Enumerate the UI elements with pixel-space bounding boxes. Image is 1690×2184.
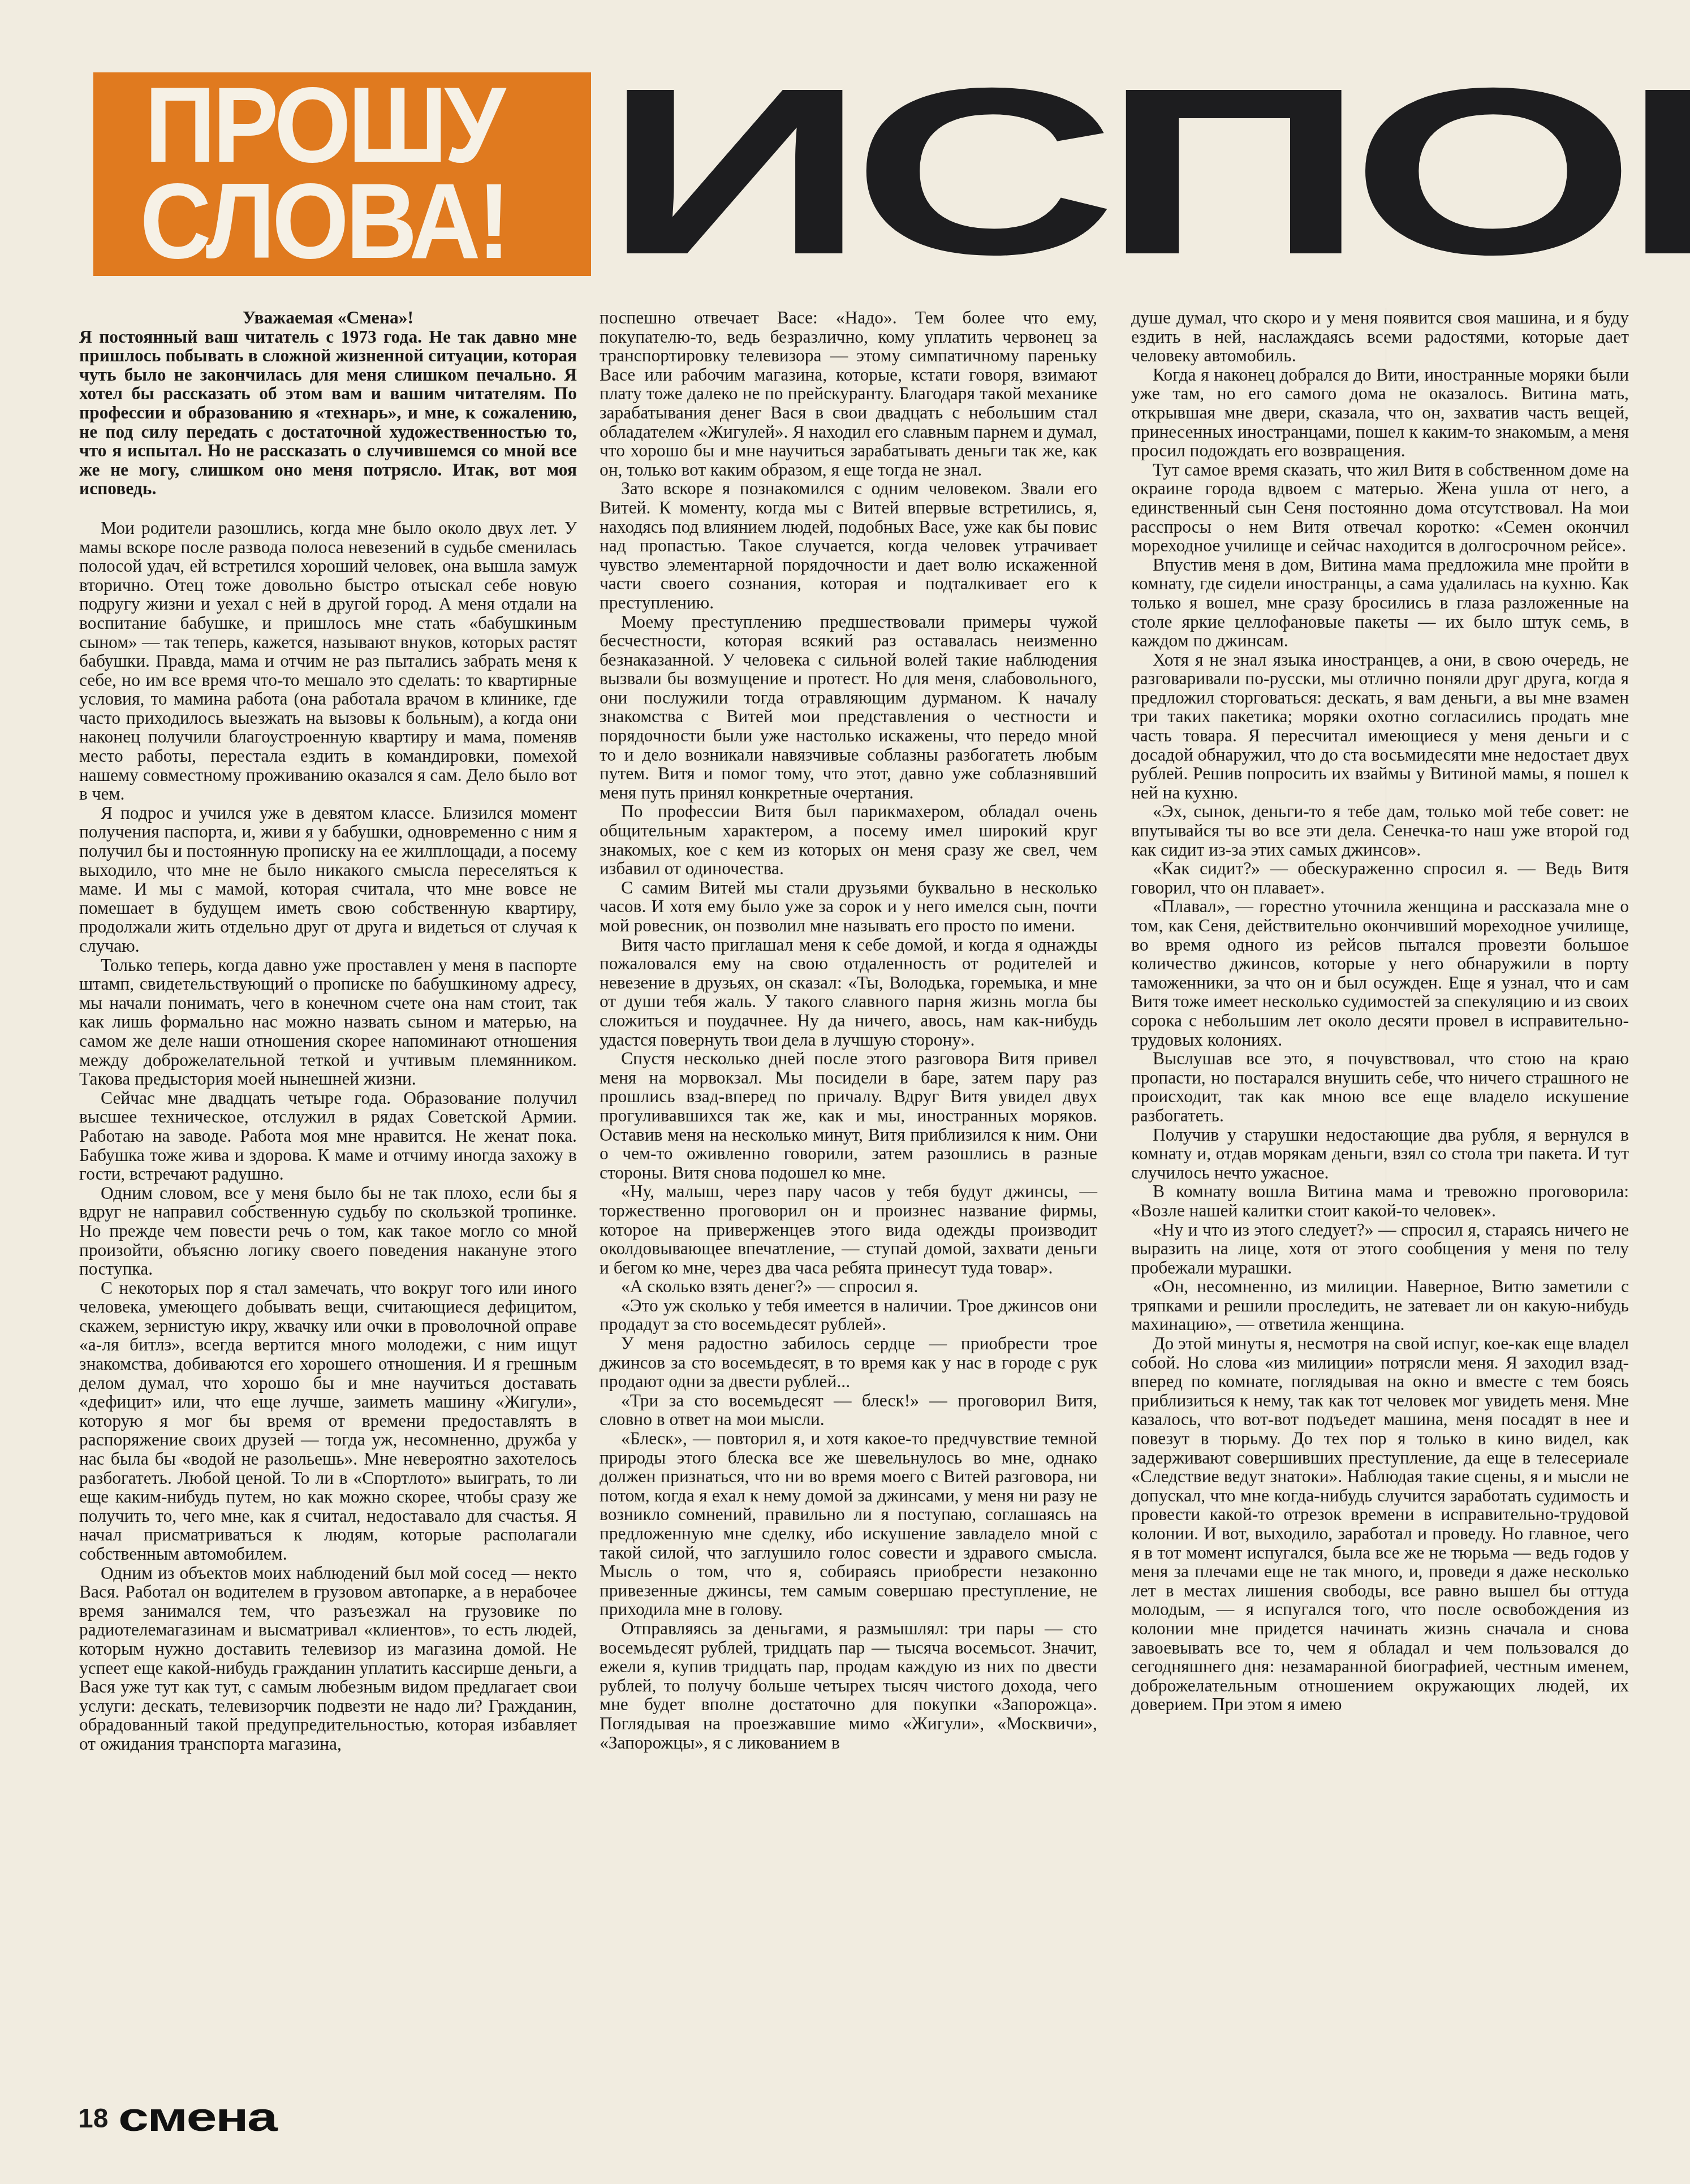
paragraph: «Как сидит?» — обескураженно спросил я. … [1131, 859, 1629, 897]
letter-salutation: Уважаемая «Смена»! [79, 308, 577, 327]
paragraph: Спустя несколько дней после этого разгов… [600, 1049, 1097, 1182]
paragraph: душе думал, что скоро и у меня появится … [1131, 308, 1629, 365]
text-column-3: душе думал, что скоро и у меня появится … [1131, 308, 1629, 1714]
paragraph: С самим Витей мы стали друзьями буквальн… [600, 878, 1097, 935]
rubric-line-2: СЛОВА! [110, 173, 537, 269]
page-number: 18 [78, 2103, 108, 2135]
paragraph: «Ну и что из этого следует?» — спросил я… [1131, 1220, 1629, 1277]
paragraph: «Три за сто восемьдесят — блеск!» — прог… [600, 1391, 1097, 1429]
paragraph: Хотя я не знал языка иностранцев, а они,… [1131, 650, 1629, 802]
magazine-logo: смена [118, 2100, 276, 2135]
paragraph: Тут самое время сказать, что жил Витя в … [1131, 460, 1629, 555]
paragraph: Одним из объектов моих наблюдений был мо… [79, 1564, 577, 1754]
paragraph: Отправляясь за деньгами, я размышлял: тр… [600, 1619, 1097, 1752]
letter-intro: Я постоянный ваш читатель с 1973 года. Н… [79, 327, 577, 498]
paragraph: Витя часто приглашал меня к себе домой, … [600, 935, 1097, 1050]
paragraph: «А сколько взять денег?» — спросил я. [600, 1277, 1097, 1296]
paragraph: Выслушав все это, я почувствовал, что ст… [1131, 1049, 1629, 1125]
paragraph: Сейчас мне двадцать четыре года. Образов… [79, 1089, 577, 1184]
paragraph: поспешно отвечает Васе: «Надо». Тем боле… [600, 308, 1097, 479]
paragraph: «Блеск», — повторил я, и хотя какое-то п… [600, 1429, 1097, 1619]
paragraph: По профессии Витя был парикмахером, обла… [600, 802, 1097, 878]
paragraph: До этой минуты я, несмотря на свой испуг… [1131, 1334, 1629, 1714]
page-footer: 18 смена [78, 2095, 235, 2135]
article-title: ИСПОВЕДЬ [602, 70, 1690, 279]
paragraph: «Плавал», — горестно уточнила женщина и … [1131, 897, 1629, 1049]
text-column-2: поспешно отвечает Васе: «Надо». Тем боле… [600, 308, 1097, 1752]
paragraph: Зато вскоре я познакомился с одним челов… [600, 479, 1097, 612]
paragraph: «Это уж сколько у тебя имеется в наличии… [600, 1296, 1097, 1334]
paragraph: Одним словом, все у меня было бы не так … [79, 1184, 577, 1279]
text-column-1: Уважаемая «Смена»! Я постоянный ваш чита… [79, 308, 577, 1754]
paragraph: Впустив меня в дом, Витина мама предложи… [1131, 555, 1629, 650]
paragraph: Я подрос и учился уже в девятом классе. … [79, 804, 577, 956]
paragraph: Мои родители разошлись, когда мне было о… [79, 519, 577, 804]
rubric-line-1: ПРОШУ [110, 77, 537, 173]
rubric-block: ПРОШУ СЛОВА! [93, 72, 591, 276]
article-header: ПРОШУ СЛОВА! ИСПОВЕДЬ [93, 72, 1620, 276]
paragraph: Когда я наконец добрался до Вити, иностр… [1131, 365, 1629, 460]
paragraph: Получив у старушки недостающие два рубля… [1131, 1125, 1629, 1182]
paragraph: «Ну, малыш, через пару часов у тебя буду… [600, 1182, 1097, 1277]
paragraph: «Он, несомненно, из милиции. Наверное, В… [1131, 1277, 1629, 1334]
paragraph: У меня радостно забилось сердце — приобр… [600, 1334, 1097, 1391]
paragraph: «Эх, сынок, деньги-то я тебе дам, только… [1131, 802, 1629, 859]
paragraph: С некоторых пор я стал замечать, что вок… [79, 1279, 577, 1564]
paragraph: Моему преступлению предшествовали пример… [600, 612, 1097, 802]
paragraph: Только теперь, когда давно уже проставле… [79, 956, 577, 1089]
paragraph: В комнату вошла Витина мама и тревожно п… [1131, 1182, 1629, 1220]
